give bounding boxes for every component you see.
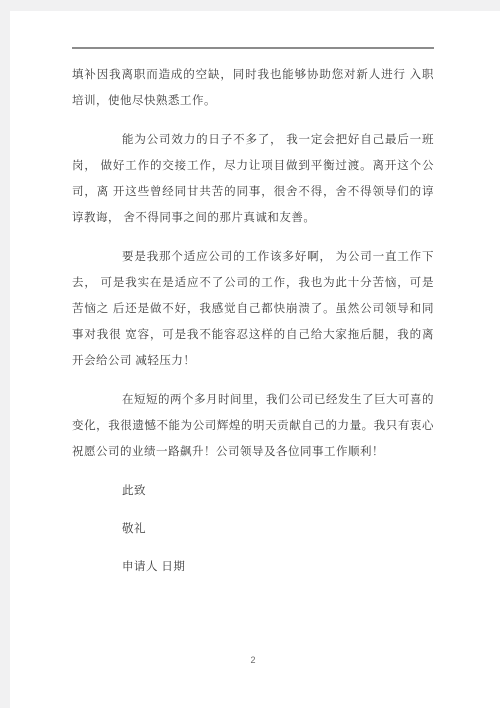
paragraph: 能为公司效力的日子不多了， 我一定会把好自己最后一班岗， 做好工作的交接工作，尽… — [72, 127, 434, 231]
closing-line: 申请人 日期 — [72, 554, 434, 580]
paragraph-list: 填补因我离职而造成的空缺，同时我也能够协助您对新人进行 入职培训，使他尽快熟悉工… — [72, 62, 434, 580]
page-number: 2 — [72, 655, 434, 665]
page-header-divider — [72, 47, 434, 49]
paragraph: 填补因我离职而造成的空缺，同时我也能够协助您对新人进行 入职培训，使他尽快熟悉工… — [72, 62, 434, 114]
closing-line: 敬礼 — [72, 516, 434, 542]
paragraph: 在短短的两个多月时间里，我们公司已经发生了巨大可喜的 变化，我很遗憾不能为公司辉… — [72, 387, 434, 465]
closing-line: 此致 — [72, 478, 434, 504]
document-content: 填补因我离职而造成的空缺，同时我也能够协助您对新人进行 入职培训，使他尽快熟悉工… — [72, 11, 434, 592]
document-viewer: 填补因我离职而造成的空缺，同时我也能够协助您对新人进行 入职培训，使他尽快熟悉工… — [0, 0, 500, 708]
paragraph: 要是我那个适应公司的工作该多好啊， 为公司一直工作下去， 可是我实在是适应不了公… — [72, 244, 434, 374]
document-page: 填补因我离职而造成的空缺，同时我也能够协助您对新人进行 入职培训，使他尽快熟悉工… — [10, 11, 500, 708]
